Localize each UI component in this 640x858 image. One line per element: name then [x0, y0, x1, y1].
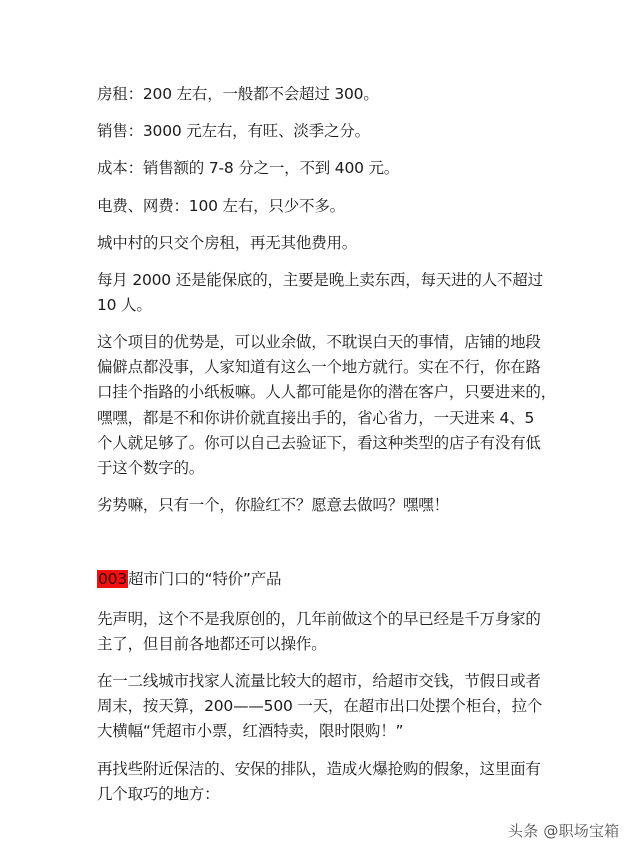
- paragraph-advantage-line-6: 于这个数字的。: [97, 456, 204, 481]
- paragraph-disclaimer-line-2: 主了，但目前各地都还可以操作。: [97, 632, 327, 657]
- paragraph-method-line-2: 周末，按天算，200——500 一天，在超市出口处摆个柜台，拉个: [97, 694, 542, 719]
- paragraph-advantage-line-4: 嘿嘿，都是不和你讲价就直接出手的，省心省力，一天进来 4、5: [97, 406, 534, 431]
- paragraph-monthly-line-2: 10 人。: [97, 293, 152, 318]
- paragraph-urban-village: 城中村的只交个房租，再无其他费用。: [97, 231, 357, 256]
- section-number-highlight: 003: [97, 570, 128, 588]
- paragraph-advantage-line-3: 口挂个指路的小纸板嘛。人人都可能是你的潜在客户，只要进来的，: [97, 380, 556, 405]
- section-title: 超市门口的“特价”产品: [128, 570, 281, 588]
- paragraph-tricks-line-1: 再找些附近保洁的、安保的排队，造成火爆抢购的假象，这里面有: [97, 757, 541, 782]
- paragraph-advantage-line-1: 这个项目的优势是，可以业余做，不耽误白天的事情，店铺的地段: [97, 330, 541, 355]
- paragraph-rent: 房租：200 左右，一般都不会超过 300。: [97, 82, 379, 107]
- paragraph-advantage-line-2: 偏僻点都没事，人家知道有这么一个地方就行。实在不行，你在路: [97, 355, 541, 380]
- source-watermark: 头条 @职场宝箱: [508, 820, 619, 841]
- paragraph-utilities: 电费、网费：100 左右，只少不多。: [97, 194, 345, 219]
- paragraph-disclaimer-line-1: 先声明，这个不是我原创的，几年前做这个的早已经是千万身家的: [97, 607, 541, 632]
- paragraph-tricks-line-2: 几个取巧的地方：: [97, 782, 219, 807]
- paragraph-sales: 销售：3000 元左右，有旺、淡季之分。: [97, 119, 370, 144]
- paragraph-advantage-line-5: 个人就足够了。你可以自己去验证下，看这种类型的店子有没有低: [97, 431, 541, 456]
- paragraph-monthly-line-1: 每月 2000 还是能保底的，主要是晚上卖东西，每天进的人不超过: [97, 268, 543, 293]
- paragraph-method-line-1: 在一二线城市找家人流量比较大的超市，给超市交钱，节假日或者: [97, 669, 541, 694]
- paragraph-cost: 成本：销售额的 7-8 分之一，不到 400 元。: [97, 156, 399, 181]
- paragraph-method-line-3: 大横幅“凭超市小票，红酒特卖，限时限购！”: [97, 719, 403, 744]
- paragraph-disadvantage: 劣势嘛，只有一个，你脸红不？愿意去做吗？嘿嘿！: [97, 493, 449, 518]
- section-heading: 003超市门口的“特价”产品: [97, 567, 281, 592]
